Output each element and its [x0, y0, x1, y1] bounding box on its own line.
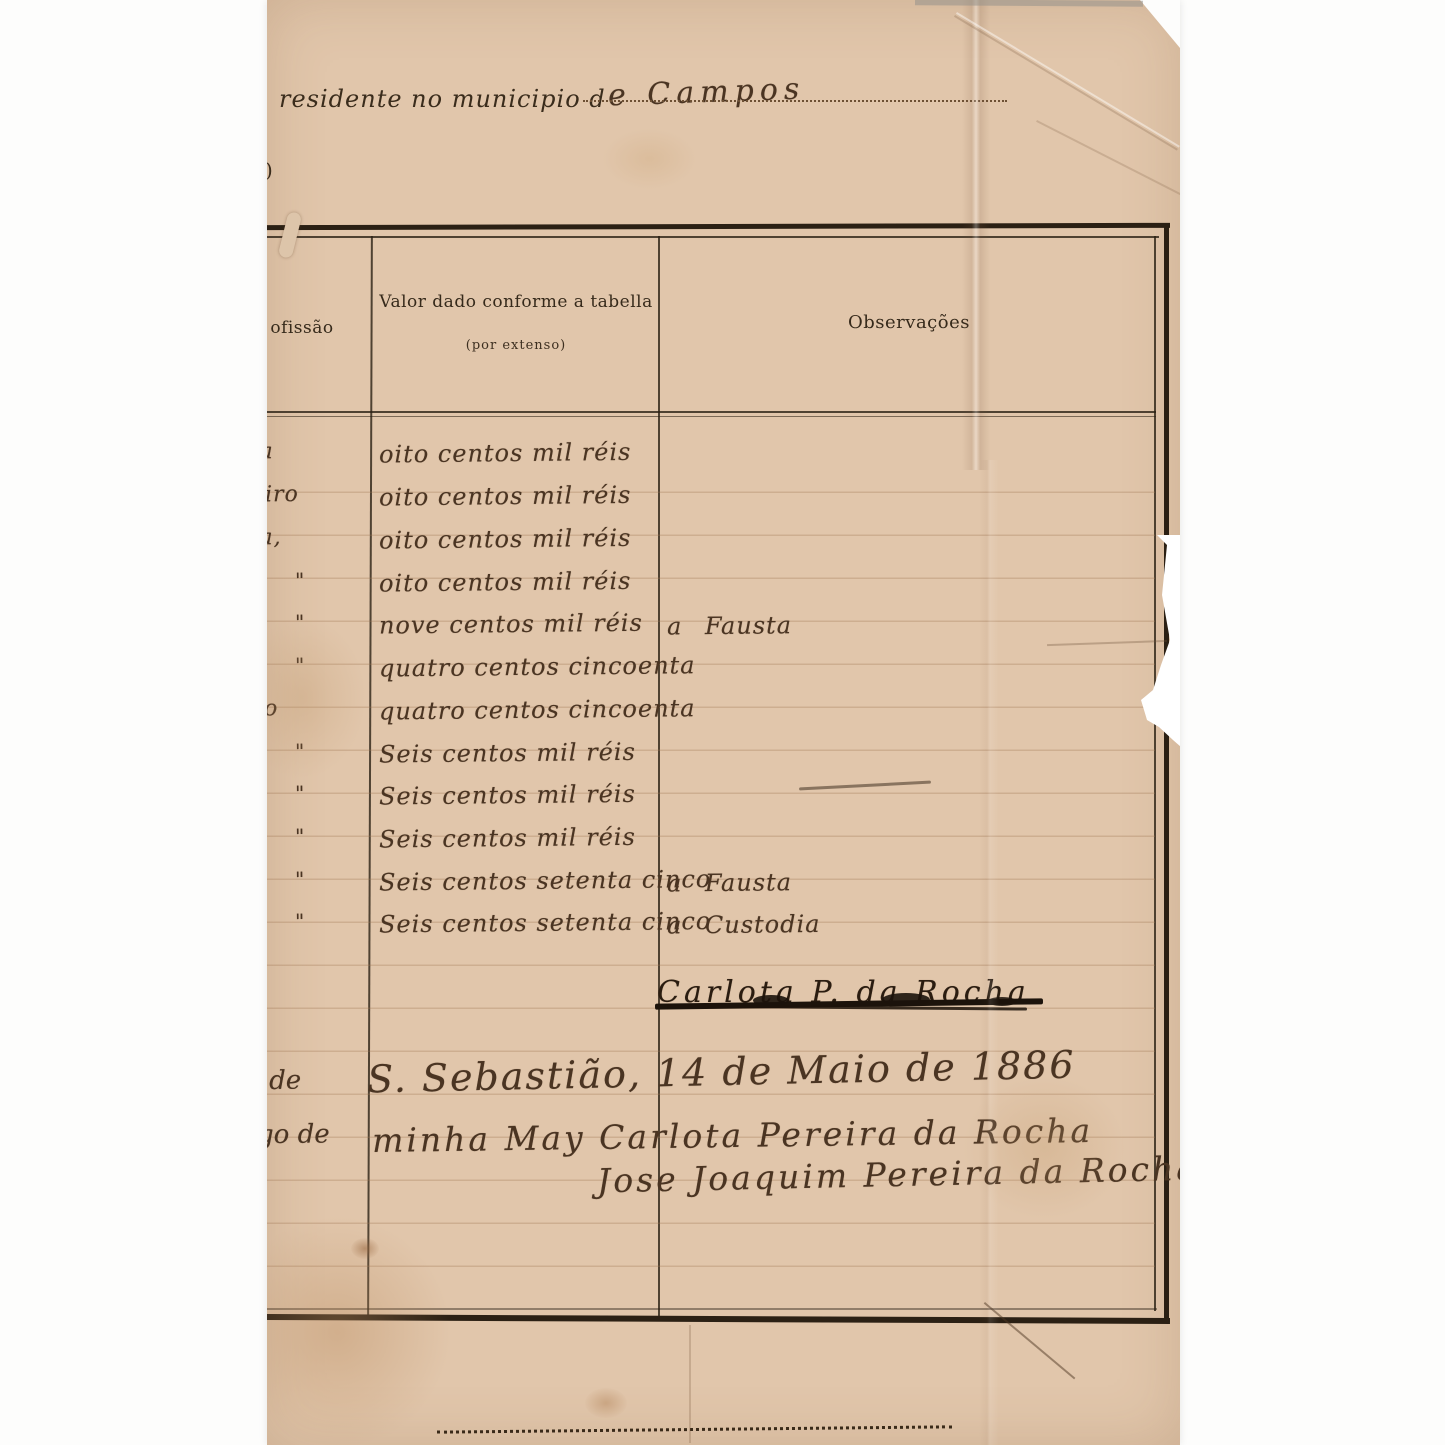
- valor-text: Seis centos mil réis: [379, 780, 664, 811]
- scanned-document: residente no municipio de Campos ) ofiss…: [0, 0, 1445, 1445]
- valor-text: Seis centos setenta cinco: [379, 866, 664, 897]
- table-row: intirooito centos mil réis: [267, 482, 1180, 522]
- valor-text: oito centos mil réis: [379, 567, 664, 598]
- table-row: aça,oito centos mil réis: [267, 525, 1180, 565]
- profissao-fragment: ": [295, 653, 335, 677]
- profissao-fragment: tião: [267, 695, 367, 721]
- observacao-text: a Custodia: [667, 906, 1147, 939]
- profissao-fragment: ": [295, 610, 335, 634]
- table-row: "quatro centos cincoenta: [267, 653, 1180, 693]
- valor-text: nove centos mil réis: [379, 609, 664, 640]
- table-row: "Seis centos setenta cincoa Fausta: [267, 867, 1180, 907]
- crossed-out-signature: Carlota P. da Rocha: [657, 975, 1047, 1025]
- observacao-text: a Fausta: [667, 864, 1147, 897]
- valor-text: Seis centos mil réis: [379, 823, 664, 854]
- valor-text: quatro centos cincoenta: [379, 652, 664, 683]
- table-row: tiãoquatro centos cincoenta: [267, 696, 1180, 736]
- profissao-fragment: aça,: [267, 524, 367, 550]
- strike-blot: [753, 995, 789, 1006]
- table-row: "Seis centos setenta cincoa Custodia: [267, 909, 1180, 949]
- table-row: oçaoito centos mil réis: [267, 439, 1180, 479]
- table-rows: oçaoito centos mil réisintirooito centos…: [267, 0, 1180, 1445]
- paper-sheet: residente no municipio de Campos ) ofiss…: [267, 0, 1180, 1445]
- table-row: "nove centos mil réisa Fausta: [267, 610, 1180, 650]
- margin-fragment-1: gº de: [267, 1066, 301, 1097]
- table-row: "Seis centos mil réis: [267, 739, 1180, 779]
- profissao-fragment: ": [295, 739, 335, 763]
- strike-blot: [882, 993, 930, 1006]
- valor-text: oito centos mil réis: [379, 524, 664, 555]
- valor-text: Seis centos mil réis: [379, 738, 664, 769]
- profissao-fragment: ": [295, 909, 335, 933]
- profissao-fragment: intiro: [267, 481, 367, 507]
- profissao-fragment: ": [295, 781, 335, 805]
- strike-blot: [987, 997, 1017, 1006]
- observacao-text: a Fausta: [667, 607, 1147, 640]
- table-row: "oito centos mil réis: [267, 568, 1180, 608]
- valor-text: oito centos mil réis: [379, 438, 664, 469]
- table-row: "Seis centos mil réis: [267, 824, 1180, 864]
- profissao-fragment: ": [295, 867, 335, 891]
- profissao-fragment: oça: [267, 438, 367, 464]
- profissao-fragment: ": [295, 568, 335, 592]
- margin-fragment-2: rogo de: [267, 1119, 330, 1150]
- profissao-fragment: ": [295, 824, 335, 848]
- table-row: "Seis centos mil réis: [267, 781, 1180, 821]
- valor-text: oito centos mil réis: [379, 481, 664, 512]
- valor-text: Seis centos setenta cinco: [379, 908, 664, 939]
- valor-text: quatro centos cincoenta: [379, 695, 664, 726]
